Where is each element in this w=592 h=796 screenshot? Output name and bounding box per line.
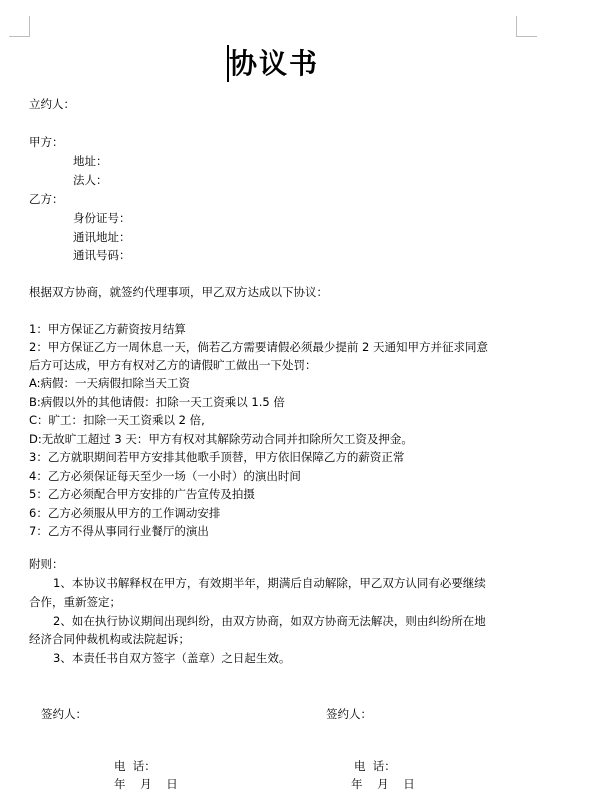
appendix-item-3: 3、本责任书自双方签字（盖章）之日起生效。 [53, 651, 290, 665]
clause-2-continued: 后方可达成，甲方有权对乙方的请假旷工做出一下处罚： [29, 358, 317, 372]
party-b-address-field: 通讯地址： [73, 230, 131, 244]
party-a-address-field: 地址： [73, 154, 108, 168]
clause-6: 6：乙方必须服从甲方的工作调动安排 [29, 506, 220, 520]
right-phone-label: 电 话： [354, 759, 396, 773]
right-date-label: 年 月 日 [351, 777, 415, 791]
appendix-label: 附则： [29, 557, 64, 571]
page-corner-mark-top-left [9, 16, 30, 37]
appendix-item-1-continued: 合作，重新签定； [29, 595, 121, 609]
appendix-item-2: 2、如在执行协议期间出现纠纷，由双方协商，如双方协商无法解决，则由纠纷所在地 [53, 614, 486, 628]
parties-label: 立约人： [29, 97, 75, 111]
clause-5: 5：乙方必须配合甲方安排的广告宣传及拍摄 [29, 487, 255, 501]
party-a-legal-person-field: 法人： [73, 173, 108, 187]
page-corner-mark-top-right [516, 16, 537, 37]
clause-3: 3：乙方就职期间若甲方安排其他歌手顶替，甲方依旧保障乙方的薪资正常 [29, 450, 404, 464]
preamble: 根据双方协商，就签约代理事项，甲乙双方达成以下协议： [29, 285, 328, 299]
appendix-item-1: 1、本协议书解释权在甲方，有效期半年，期满后自动解除，甲乙双方认同有必要继续 [53, 576, 486, 590]
party-a-label: 甲方： [29, 135, 64, 149]
clause-2-penalty-c: C：旷工：扣除一天工资乘以 2 倍, [29, 413, 205, 427]
clause-2-penalty-b: B:病假以外的其他请假：扣除一天工资乘以 1.5 倍 [29, 395, 285, 409]
clause-4: 4：乙方必须保证每天至少一场（一小时）的演出时间 [29, 469, 301, 483]
left-phone-label: 电 话： [114, 759, 156, 773]
appendix-item-2-continued: 经济合同仲裁机构或法院起诉； [29, 632, 190, 646]
clause-1: 1：甲方保证乙方薪资按月结算 [29, 322, 186, 336]
party-b-label: 乙方： [29, 192, 64, 206]
clause-7: 7：乙方不得从事同行业餐厅的演出 [29, 524, 209, 538]
clause-2: 2：甲方保证乙方一周休息一天，倘若乙方需要请假必须最少提前 2 天通知甲方并征求… [29, 340, 488, 354]
right-signer-label: 签约人： [326, 707, 372, 721]
party-b-id-field: 身份证号： [73, 211, 131, 225]
document-title: 协议书 [229, 44, 319, 84]
left-signer-label: 签约人： [41, 707, 87, 721]
clause-2-penalty-d: D:无故旷工超过 3 天：甲方有权对其解除劳动合同并扣除所欠工资及押金。 [29, 432, 413, 446]
left-date-label: 年 月 日 [114, 777, 178, 791]
clause-2-penalty-a: A:病假：一天病假扣除当天工资 [29, 376, 190, 390]
party-b-phone-field: 通讯号码： [73, 248, 131, 262]
